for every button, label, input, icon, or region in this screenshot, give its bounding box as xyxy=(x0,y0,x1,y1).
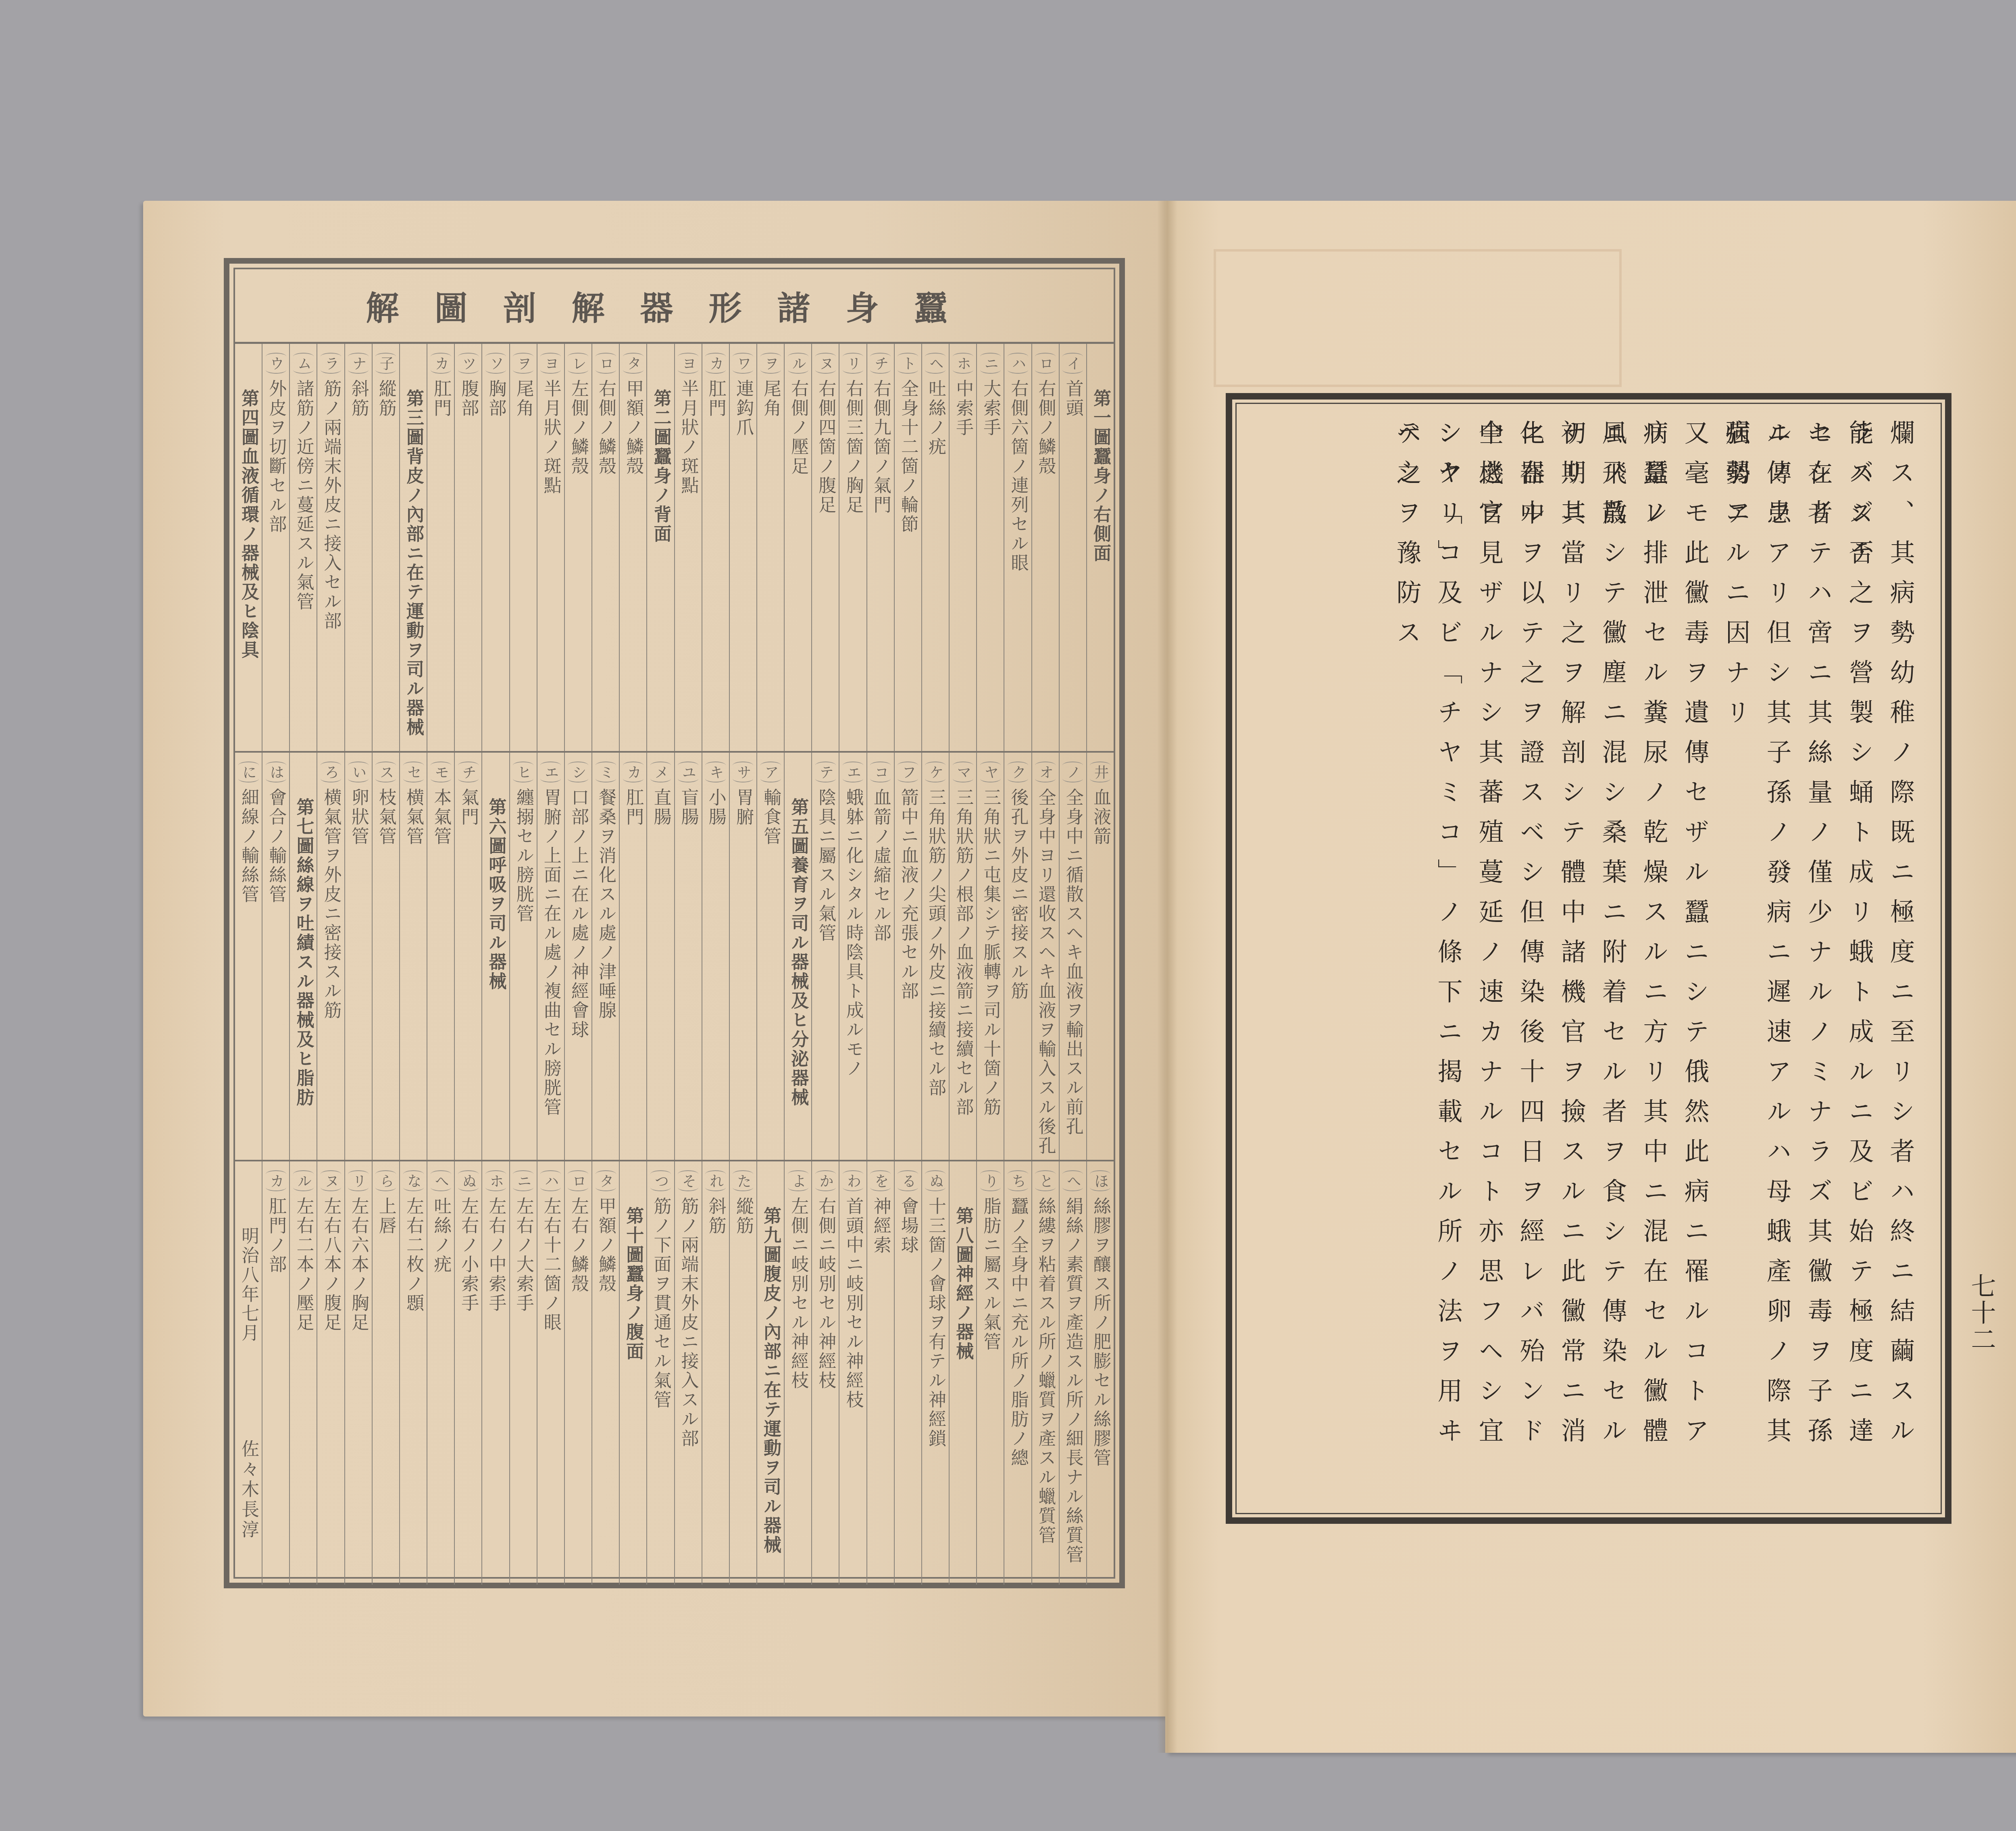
entry-marker: エ xyxy=(843,762,863,782)
entry-text: 甲額ノ鱗殼 xyxy=(624,379,642,476)
entry-text: 全身中ヨリ還收スヘキ血液ヲ輸入スル後孔 xyxy=(1037,788,1054,1156)
entry-text: 神經索 xyxy=(872,1197,889,1255)
table-entry: チ氣門 xyxy=(454,753,481,1160)
table-entry: れ斜筋 xyxy=(702,1161,729,1585)
figure-heading: 第二圖蠶身ノ背面 xyxy=(646,344,674,751)
entry-text: 絲膠ヲ釀ス所ノ肥膨セル絲膠管 xyxy=(1091,1197,1109,1468)
table-entry: ち蠶ノ全身中ニ充ル所ノ脂肪ノ總 xyxy=(1004,1161,1031,1585)
entry-marker: リ xyxy=(348,1170,369,1191)
table-entry: テ陰具ニ屬スル氣管 xyxy=(811,753,839,1160)
entry-marker: リ xyxy=(843,353,863,374)
table-entry: セ横氣管 xyxy=(399,753,427,1160)
text-line: ニ飛散シテ黴塵ニ混シ桑葉ニ附着セル者ヲ食シテ傳染セルナリ其 xyxy=(1592,420,1633,1493)
left-page: 蠶身諸形器解剖圖解 第一圖蠶身ノ右側面イ首頭ロ右側ノ鱗殼ハ右側六箇ノ連列セル眼ニ… xyxy=(143,201,1169,1717)
table-entry: エ胃腑ノ上面ニ在ル處ノ複曲セル膀胱管 xyxy=(537,753,564,1160)
table-entry: よ左側ニ岐別セル神經枝 xyxy=(784,1161,811,1585)
entry-text: 細線ノ輸絲管 xyxy=(240,788,257,904)
figure-heading: 第三圖背皮ノ內部ニ在テ運動ヲ司ル器械 xyxy=(399,344,427,751)
entry-text: 血液箭 xyxy=(1091,788,1109,846)
text-line: 强弱アルニ因ナリ xyxy=(1715,420,1756,1493)
table-entry: へ絹絲ノ素質ヲ產造スル所ノ細長ナル絲質管 xyxy=(1059,1161,1086,1585)
entry-marker: オ xyxy=(1035,762,1056,782)
entry-text: 左右ノ小索手 xyxy=(459,1197,477,1313)
table-entry: ほ絲膠ヲ釀ス所ノ肥膨セル絲膠管 xyxy=(1086,1161,1114,1585)
text-line: 初期ニ當リ之ヲ解剖シテ體中諸機官ヲ撿スルニ此黴常ニ消化器中 xyxy=(1551,420,1592,1493)
entry-text: 胃腑 xyxy=(734,788,752,827)
entry-marker: ホ xyxy=(485,1170,506,1191)
entry-text: 蛾躰ニ化シタル時陰具ト成ルモノ xyxy=(844,788,862,1078)
entry-marker: ア xyxy=(760,762,781,782)
table-entry: ら上唇 xyxy=(372,1161,399,1585)
table-entry: い卵狀管 xyxy=(344,753,372,1160)
entry-marker: な xyxy=(403,1170,424,1191)
entry-marker: ヤ xyxy=(980,762,1001,782)
entry-text: 半月狀ノ斑點 xyxy=(679,379,697,495)
colophon-author: 佐々木長淳 xyxy=(235,1440,261,1540)
entry-text: 縱筋 xyxy=(734,1197,752,1236)
table-entry: カ肛門 xyxy=(702,344,729,751)
entry-marker: ツ xyxy=(458,353,479,374)
entry-text: 餐桑ヲ消化スル處ノ津唾腺 xyxy=(597,788,614,1020)
entry-text: 右側九箇ノ氣門 xyxy=(872,379,889,515)
entry-text: 右側六箇ノ連列セル眼 xyxy=(1009,379,1027,573)
table-entry: ロ左右ノ鱗殼 xyxy=(564,1161,591,1585)
table-entry: オ全身中ヨリ還收スヘキ血液ヲ輸入スル後孔 xyxy=(1031,753,1059,1160)
entry-marker: ヲ xyxy=(513,353,533,374)
entry-marker: へ xyxy=(1062,1170,1083,1191)
entry-text: 左右ノ大索手 xyxy=(514,1197,532,1313)
figure-heading: 第八圖神經ノ器械 xyxy=(949,1161,976,1585)
entry-marker: 井 xyxy=(1090,762,1110,782)
figure-heading-text: 第三圖背皮ノ內部ニ在テ運動ヲ司ル器械 xyxy=(404,353,422,737)
table-entry: シ口部ノ上ニ在ル處ノ神經會球 xyxy=(564,753,591,1160)
entry-marker: セ xyxy=(403,762,424,782)
anatomy-table-frame: 蠶身諸形器解剖圖解 第一圖蠶身ノ右側面イ首頭ロ右側ノ鱗殼ハ右側六箇ノ連列セル眼ニ… xyxy=(224,258,1125,1588)
entry-text: 左側ノ鱗殼 xyxy=(569,379,587,476)
table-entry: 子縱筋 xyxy=(372,344,399,751)
entry-text: 口部ノ上ニ在ル處ノ神經會球 xyxy=(569,788,587,1040)
entry-marker: り xyxy=(980,1170,1001,1191)
table-section-2: 井血液箭ノ全身中ニ循散スヘキ血液ヲ輸出スル前孔オ全身中ヨリ還收スヘキ血液ヲ輸入ス… xyxy=(235,753,1114,1161)
table-entry: ソ胸部 xyxy=(481,344,509,751)
entry-marker: イ xyxy=(1062,353,1083,374)
entry-text: 會場球 xyxy=(899,1197,917,1255)
entry-text: 左右二本ノ壓足 xyxy=(294,1197,312,1332)
entry-text: 全身中ニ循散スヘキ血液ヲ輸出スル前孔 xyxy=(1064,788,1082,1136)
table-entry: カ肛門 xyxy=(619,753,646,1160)
entry-marker: シ xyxy=(568,762,588,782)
entry-marker: ル xyxy=(293,1170,314,1191)
entry-marker: ほ xyxy=(1090,1170,1110,1191)
table-title-band: 蠶身諸形器解剖圖解 xyxy=(235,269,1114,344)
table-entry: マ三角狀筋ノ根部ノ血液箭ニ接續セル部 xyxy=(949,753,976,1160)
entry-marker: ナ xyxy=(348,353,369,374)
figure-heading-text: 第七圖絲線ヲ吐績スル器械及ヒ脂肪 xyxy=(294,762,312,1107)
entry-text: 尾角 xyxy=(514,379,532,418)
table-entry: リ左右六本ノ胸足 xyxy=(344,1161,372,1585)
entry-marker: れ xyxy=(705,1170,726,1191)
table-entry: ヌ左右八本ノ腹足 xyxy=(317,1161,344,1585)
entry-text: 血箭ノ虛縮セル部 xyxy=(872,788,889,943)
table-entry: ハ左右十二箇ノ眼 xyxy=(537,1161,564,1585)
table-entry: イ首頭 xyxy=(1059,344,1086,751)
table-entry: た縱筋 xyxy=(729,1161,756,1585)
figure-heading: 第一圖蠶身ノ右側面 xyxy=(1086,344,1114,751)
table-entry: ル左右二本ノ壓足 xyxy=(289,1161,317,1585)
body-text: 爛ス、其病勢幼稚ノ際既ニ極度ニ至リシ者ハ終ニ結繭スル能ハズ否ラズシテ之ヲ營製シ蛹… xyxy=(1256,420,1921,1493)
entry-marker: に xyxy=(238,762,259,782)
table-entry: ロ右側ノ鱗殼 xyxy=(1031,344,1059,751)
entry-text: 肛門ノ部 xyxy=(267,1197,285,1274)
table-entry: ア輸食管 xyxy=(756,753,784,1160)
entry-marker: を xyxy=(870,1170,891,1191)
entry-marker: い xyxy=(348,762,369,782)
figure-heading: 第十圖蠶身ノ腹面 xyxy=(619,1161,646,1585)
table-entry: ヨ半月狀ノ斑點 xyxy=(674,344,702,751)
entry-marker: は xyxy=(266,762,286,782)
table-entry: ホ左右ノ中索手 xyxy=(481,1161,509,1585)
entry-marker: タ xyxy=(623,353,644,374)
entry-marker: モ xyxy=(431,762,451,782)
table-entry: わ首頭中ニ岐別セル神經枝 xyxy=(839,1161,866,1585)
table-entry: カ肛門 xyxy=(427,344,454,751)
entry-marker: チ xyxy=(870,353,891,374)
entry-text: 會合ノ輸絲管 xyxy=(267,788,285,904)
entry-text: 尾角 xyxy=(762,379,779,418)
entry-marker: 子 xyxy=(375,353,396,374)
entry-text: 小腸 xyxy=(707,788,725,827)
entry-text: 斜筋 xyxy=(707,1197,725,1236)
table-entry: つ筋ノ下面ヲ貫通セル氣管 xyxy=(646,1161,674,1585)
entry-text: 吐絲ノ疣 xyxy=(432,1197,450,1274)
table-entry: は會合ノ輸絲管 xyxy=(262,753,289,1160)
entry-marker: ク xyxy=(1008,762,1028,782)
table-entry: ヨ半月狀ノ斑點 xyxy=(537,344,564,751)
body-text-frame: 爛ス、其病勢幼稚ノ際既ニ極度ニ至リシ者ハ終ニ結繭スル能ハズ否ラズシテ之ヲ營製シ蛹… xyxy=(1226,393,1951,1524)
table-entry: 井血液箭 xyxy=(1086,753,1114,1160)
entry-text: 三角狀筋ノ根部ノ血液箭ニ接續セル部 xyxy=(954,788,972,1117)
entry-text: 陰具ニ屬スル氣管 xyxy=(816,788,834,943)
figure-heading: 第六圖呼吸ヲ司ル器械 xyxy=(481,753,509,1160)
right-page: 爛ス、其病勢幼稚ノ際既ニ極度ニ至リシ者ハ終ニ結繭スル能ハズ否ラズシテ之ヲ營製シ蛹… xyxy=(1165,201,2016,1753)
table-entry: ヤ三角狀ニ屯集シテ脈轉ヲ司ル十箇ノ筋 xyxy=(976,753,1004,1160)
table-entry: ナ斜筋 xyxy=(344,344,372,751)
entry-marker: ち xyxy=(1008,1170,1028,1191)
entry-text: 肛門 xyxy=(624,788,642,827)
entry-text: 右側ノ鱗殼 xyxy=(597,379,614,476)
entry-text: 上唇 xyxy=(377,1197,395,1236)
entry-marker: ぬ xyxy=(458,1170,479,1191)
text-line: シヤリ」及ビ「チヤミコ」ノ條下ニ揭載セル所ノ法ヲ用ヰテ之ヲ豫防ス xyxy=(1427,420,1468,1493)
entry-text: 箭中ニ血液ノ充張セル部 xyxy=(899,788,917,1001)
entry-marker: レ xyxy=(568,353,588,374)
entry-marker: ロ xyxy=(596,353,616,374)
entry-text: 右側四箇ノ腹足 xyxy=(816,379,834,515)
entry-text: 左側ニ岐別セル神經枝 xyxy=(789,1197,807,1390)
table-entry: タ甲額ノ鱗殼 xyxy=(619,344,646,751)
entry-marker: ム xyxy=(293,353,314,374)
entry-marker: サ xyxy=(733,762,753,782)
entry-marker: た xyxy=(733,1170,753,1191)
table-entry: ム諸筋ノ近傍ニ蔓延スル氣管 xyxy=(289,344,317,751)
entry-text: 左右ノ鱗殼 xyxy=(569,1197,587,1294)
table-entry: ラ筋ノ兩端末外皮ニ接入セル部 xyxy=(317,344,344,751)
entry-marker: ニ xyxy=(513,1170,533,1191)
entry-marker: ホ xyxy=(953,353,973,374)
entry-marker: カ xyxy=(266,1170,286,1191)
colophon: 明治八年七月佐々木長淳 xyxy=(235,1161,262,1585)
table-entry: レ左側ノ鱗殼 xyxy=(564,344,591,751)
table-entry: チ右側九箇ノ氣門 xyxy=(866,344,894,751)
entry-text: 諸筋ノ近傍ニ蔓延スル氣管 xyxy=(294,379,312,612)
table-entry: ウ外皮ヲ切斷セル部 xyxy=(262,344,289,751)
text-line: ラズシテ之ヲ營製シ蛹ト成リ蛾ト成ルニ及ビ始テ極度ニ達セシ者 xyxy=(1839,420,1880,1493)
entry-text: 胸部 xyxy=(487,379,504,418)
entry-marker: コ xyxy=(870,762,891,782)
entry-text: 胃腑ノ上面ニ在ル處ノ複曲セル膀胱管 xyxy=(542,788,560,1117)
entry-text: 右側三箇ノ胸足 xyxy=(844,379,862,515)
table-entry: そ筋ノ兩端末外皮ニ接入スル部 xyxy=(674,1161,702,1585)
table-entry: サ胃腑 xyxy=(729,753,756,1160)
table-entry: ニ左右ノ大索手 xyxy=(509,1161,537,1585)
table-entry: ワ連鈎爪 xyxy=(729,344,756,751)
entry-text: 卵狀管 xyxy=(350,788,367,846)
table-entry: ミ餐桑ヲ消化スル處ノ津唾腺 xyxy=(591,753,619,1160)
figure-heading: 第四圖血液循環ノ器械及ヒ陰具 xyxy=(235,344,262,751)
entry-marker: フ xyxy=(898,762,918,782)
table-entry: ヒ纏搦セル膀胱管 xyxy=(509,753,537,1160)
text-line: 中之ヲ見ザルナシ其蕃殖蔓延ノ速カナルコト亦思フヘシ宜シク「コ xyxy=(1468,420,1510,1493)
entry-text: 左右二枚ノ顋 xyxy=(404,1197,422,1313)
entry-marker: と xyxy=(1035,1170,1056,1191)
entry-text: 盲腸 xyxy=(679,788,697,827)
entry-text: 左右ノ中索手 xyxy=(487,1197,504,1313)
book-gutter xyxy=(1157,201,1177,1753)
entry-marker: か xyxy=(815,1170,836,1191)
entry-marker: ト xyxy=(898,353,918,374)
entry-marker: ロ xyxy=(1035,353,1056,374)
entry-text: 横氣管 xyxy=(404,788,422,846)
table-entry: コ血箭ノ虛縮セル部 xyxy=(866,753,894,1160)
table-entry: ハ右側六箇ノ連列セル眼 xyxy=(1004,344,1031,751)
entry-text: 外皮ヲ切斷セル部 xyxy=(267,379,285,534)
entry-marker: カ xyxy=(705,353,726,374)
entry-marker: タ xyxy=(596,1170,616,1191)
entry-marker: ウ xyxy=(266,353,286,374)
entry-text: 直腸 xyxy=(652,788,669,827)
entry-marker: ス xyxy=(375,762,396,782)
show-through-ghost xyxy=(1214,249,1622,387)
entry-text: 氣門 xyxy=(459,788,477,827)
table-entry: ヲ尾角 xyxy=(509,344,537,751)
figure-heading: 第五圖養育ヲ司ル器械及ヒ分泌器械 xyxy=(784,753,811,1160)
text-line: ルノ患アリ但シ其子孫ノ發病ニ遲速アルハ母蛾產卵ノ際其病勢ニ xyxy=(1756,420,1797,1493)
entry-marker: ニ xyxy=(980,353,1001,374)
entry-text: 半月狀ノ斑點 xyxy=(542,379,560,495)
table-entry: ケ三角狀筋ノ尖頭ノ外皮ニ接續セル部 xyxy=(921,753,949,1160)
table-entry: カ肛門ノ部 xyxy=(262,1161,289,1585)
entry-marker: エ xyxy=(540,762,561,782)
table-entry: ノ全身中ニ循散スヘキ血液ヲ輸出スル前孔 xyxy=(1059,753,1086,1160)
entry-text: 右側ノ壓足 xyxy=(789,379,807,476)
entry-text: 本氣管 xyxy=(432,788,450,846)
figure-heading-text: 第五圖養育ヲ司ル器械及ヒ分泌器械 xyxy=(789,762,807,1107)
text-line: ベシ xyxy=(1386,420,1427,1493)
entry-text: 後孔ヲ外皮ニ密接スル筋 xyxy=(1009,788,1027,1001)
table-entry: ト全身十二箇ノ輪節 xyxy=(894,344,921,751)
entry-text: 中索手 xyxy=(954,379,972,437)
entry-marker: メ xyxy=(650,762,671,782)
entry-text: 連鈎爪 xyxy=(734,379,752,437)
text-line: 又毫モ此黴毒ヲ遺傳セザル蠶ニシテ俄然此病ニ罹ルコトアリ是レ xyxy=(1674,420,1715,1493)
entry-text: 輸食管 xyxy=(762,788,779,846)
table-entry: ス枝氣管 xyxy=(372,753,399,1160)
entry-marker: キ xyxy=(705,762,726,782)
table-entry: ユ盲腸 xyxy=(674,753,702,1160)
table-section-3: ほ絲膠ヲ釀ス所ノ肥膨セル絲膠管へ絹絲ノ素質ヲ產造スル所ノ細長ナル絲質管と絲縷ヲ粘… xyxy=(235,1161,1114,1585)
text-line: ニ在リテハ啻ニ其絲量ノ僅少ナルノミナラズ其黴毒ヲ子孫ニ傳フ xyxy=(1797,420,1839,1493)
figure-heading-text: 第二圖蠶身ノ背面 xyxy=(652,353,669,544)
entry-marker: ケ xyxy=(925,762,946,782)
text-line: ニ在ルヲ以テ之ヲ證スベシ但傳染後十四日ヲ經レバ殆ンド全機官 xyxy=(1510,420,1551,1493)
table-entry: ニ大索手 xyxy=(976,344,1004,751)
entry-marker: ヨ xyxy=(540,353,561,374)
entry-marker: ノ xyxy=(1062,762,1083,782)
entry-marker: わ xyxy=(843,1170,863,1191)
table-entry: ル右側ノ壓足 xyxy=(784,344,811,751)
entry-marker: ハ xyxy=(1008,353,1028,374)
table-entry: り脂肪ニ屬スル氣管 xyxy=(976,1161,1004,1585)
entry-text: 左右十二箇ノ眼 xyxy=(542,1197,560,1332)
entry-text: 首頭 xyxy=(1064,379,1082,418)
entry-marker: ヌ xyxy=(321,1170,341,1191)
entry-text: 絲縷ヲ粘着スル所ノ蠟質ヲ產スル蠟質管 xyxy=(1037,1197,1054,1545)
entry-text: 左右六本ノ胸足 xyxy=(350,1197,367,1332)
colophon-date: 明治八年七月 xyxy=(240,1170,257,1343)
entry-marker: マ xyxy=(953,762,973,782)
table-entry: へ吐絲ノ疣 xyxy=(427,1161,454,1585)
entry-marker: テ xyxy=(815,762,836,782)
table-entry: ヘ吐絲ノ疣 xyxy=(921,344,949,751)
figure-heading-text: 第四圖血液循環ノ器械及ヒ陰具 xyxy=(240,353,257,660)
table-entry: リ右側三箇ノ胸足 xyxy=(839,344,866,751)
entry-marker: ソ xyxy=(485,353,506,374)
entry-marker: ミ xyxy=(596,762,616,782)
entry-text: 十三箇ノ會球ヲ有テル神經鎖 xyxy=(927,1197,944,1448)
table-entry: メ直腸 xyxy=(646,753,674,1160)
entry-marker: る xyxy=(898,1170,918,1191)
entry-text: 三角狀ニ屯集シテ脈轉ヲ司ル十箇ノ筋 xyxy=(981,788,999,1117)
table-entry: と絲縷ヲ粘着スル所ノ蠟質ヲ產スル蠟質管 xyxy=(1031,1161,1059,1585)
entry-text: 絹絲ノ素質ヲ產造スル所ノ細長ナル絲質管 xyxy=(1064,1197,1082,1565)
table-entry: を神經索 xyxy=(866,1161,894,1585)
entry-text: 斜筋 xyxy=(350,379,367,418)
table-entry: ク後孔ヲ外皮ニ密接スル筋 xyxy=(1004,753,1031,1160)
entry-marker: ろ xyxy=(321,762,341,782)
entry-marker: ヨ xyxy=(678,353,698,374)
entry-marker: ら xyxy=(375,1170,396,1191)
entry-text: 大索手 xyxy=(981,379,999,437)
entry-text: 肛門 xyxy=(707,379,725,418)
table-entry: タ甲額ノ鱗殼 xyxy=(591,1161,619,1585)
entry-text: 左右八本ノ腹足 xyxy=(322,1197,340,1332)
entry-marker: ヲ xyxy=(760,353,781,374)
entry-text: 纏搦セル膀胱管 xyxy=(514,788,532,924)
table-entry: ろ横氣管ヲ外皮ニ密接スル筋 xyxy=(317,753,344,1160)
page-number: 七十二 xyxy=(1964,1273,1999,1353)
table-entry: な左右二枚ノ顋 xyxy=(399,1161,427,1585)
anatomy-table: 蠶身諸形器解剖圖解 第一圖蠶身ノ右側面イ首頭ロ右側ノ鱗殼ハ右側六箇ノ連列セル眼ニ… xyxy=(233,268,1115,1579)
entry-text: 筋ノ兩端末外皮ニ接入セル部 xyxy=(322,379,340,631)
entry-text: 三角狀筋ノ尖頭ノ外皮ニ接續セル部 xyxy=(927,788,944,1098)
entry-marker: よ xyxy=(788,1170,808,1191)
entry-text: 脂肪ニ屬スル氣管 xyxy=(981,1197,999,1352)
table-entry: る會場球 xyxy=(894,1161,921,1585)
table-entry: フ箭中ニ血液ノ充張セル部 xyxy=(894,753,921,1160)
entry-marker: ぬ xyxy=(925,1170,946,1191)
entry-text: 筋ノ下面ヲ貫通セル氣管 xyxy=(652,1197,669,1410)
entry-marker: ヌ xyxy=(815,353,836,374)
entry-marker: ロ xyxy=(568,1170,588,1191)
entry-marker: ラ xyxy=(321,353,341,374)
table-entry: ヌ右側四箇ノ腹足 xyxy=(811,344,839,751)
table-entry: ぬ左右ノ小索手 xyxy=(454,1161,481,1585)
entry-marker: ワ xyxy=(733,353,753,374)
entry-marker: へ xyxy=(431,1170,451,1191)
entry-text: 蠶ノ全身中ニ充ル所ノ脂肪ノ總 xyxy=(1009,1197,1027,1468)
entry-marker: カ xyxy=(431,353,451,374)
figure-heading-text: 第九圖腹皮ノ內部ニ在テ運動ヲ司ル器械 xyxy=(762,1170,779,1555)
entry-marker: ル xyxy=(788,353,808,374)
table-entry: ヲ尾角 xyxy=(756,344,784,751)
entry-text: 筋ノ兩端末外皮ニ接入スル部 xyxy=(679,1197,697,1448)
table-entry: ホ中索手 xyxy=(949,344,976,751)
entry-text: 右側ニ岐別セル神經枝 xyxy=(816,1197,834,1390)
table-title: 蠶身諸形器解剖圖解 xyxy=(366,282,983,329)
entry-text: 肛門 xyxy=(432,379,450,418)
entry-text: 横氣管ヲ外皮ニ密接スル筋 xyxy=(322,788,340,1020)
entry-text: 右側ノ鱗殼 xyxy=(1037,379,1054,476)
entry-marker: ユ xyxy=(678,762,698,782)
entry-text: 甲額ノ鱗殼 xyxy=(597,1197,614,1294)
entry-text: 首頭中ニ岐別セル神經枝 xyxy=(844,1197,862,1410)
figure-heading-text: 第十圖蠶身ノ腹面 xyxy=(624,1170,642,1361)
entry-text: 腹部 xyxy=(459,379,477,418)
table-entry: ロ右側ノ鱗殼 xyxy=(591,344,619,751)
table-section-1: 第一圖蠶身ノ右側面イ首頭ロ右側ノ鱗殼ハ右側六箇ノ連列セル眼ニ大索手ホ中索手ヘ吐絲… xyxy=(235,344,1114,753)
table-entry: モ本氣管 xyxy=(427,753,454,1160)
entry-marker: そ xyxy=(678,1170,698,1191)
figure-heading: 第九圖腹皮ノ內部ニ在テ運動ヲ司ル器械 xyxy=(756,1161,784,1585)
table-entry: エ蛾躰ニ化シタル時陰具ト成ルモノ xyxy=(839,753,866,1160)
table-entry: か右側ニ岐別セル神經枝 xyxy=(811,1161,839,1585)
table-entry: キ小腸 xyxy=(702,753,729,1160)
entry-text: 吐絲ノ疣 xyxy=(927,379,944,457)
table-entry: ツ腹部 xyxy=(454,344,481,751)
entry-text: 枝氣管 xyxy=(377,788,395,846)
text-line: 病蠶ノ排泄セル糞尿ノ乾燥スルニ方リ其中ニ混在セル黴體風ノ爲 xyxy=(1633,420,1674,1493)
figure-heading-text: 第一圖蠶身ノ右側面 xyxy=(1091,353,1109,563)
entry-marker: チ xyxy=(458,762,479,782)
table-entry: に細線ノ輸絲管 xyxy=(235,753,262,1160)
entry-text: 縱筋 xyxy=(377,379,395,418)
entry-marker: カ xyxy=(623,762,644,782)
table-entry: ぬ十三箇ノ會球ヲ有テル神經鎖 xyxy=(921,1161,949,1585)
entry-marker: ヒ xyxy=(513,762,533,782)
text-line: 爛ス、其病勢幼稚ノ際既ニ極度ニ至リシ者ハ終ニ結繭スル能ハズ否 xyxy=(1880,420,1921,1493)
figure-heading-text: 第八圖神經ノ器械 xyxy=(954,1170,972,1361)
figure-heading-text: 第六圖呼吸ヲ司ル器械 xyxy=(487,762,504,991)
